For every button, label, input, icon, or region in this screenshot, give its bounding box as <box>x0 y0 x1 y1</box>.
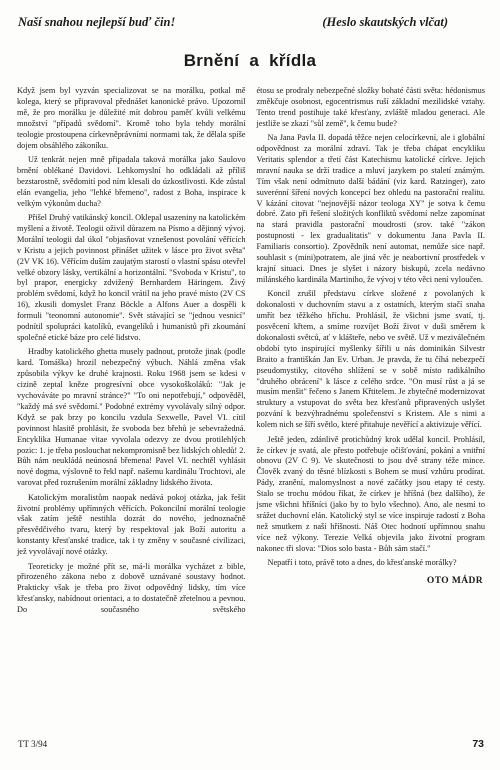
document-page: Naší snahou nejlepší buď čin! (Heslo ska… <box>0 0 500 770</box>
page-header: Naší snahou nejlepší buď čin! (Heslo ska… <box>0 0 500 30</box>
motto-source-text: (Heslo skautských vlčat) <box>322 15 448 30</box>
paragraph-9: Koncil zrušil představu církve složené z… <box>257 289 486 431</box>
motto-text: Naší snahou nejlepší buď čin! <box>18 15 175 30</box>
paragraph-2: Už tenkrát nejen mně připadala taková mo… <box>17 155 246 210</box>
paragraph-8: Na Jana Pavla II. dopadá těžce nejen cel… <box>257 133 486 286</box>
left-column: Když jsem byl vyzván specializovat se na… <box>17 86 246 616</box>
paragraph-5: Katolickým moralistům naopak nedává poko… <box>17 493 246 558</box>
article-title: Brnění a křídla <box>0 51 500 71</box>
right-column: étosu se prodraly nebezpečné složky boha… <box>257 86 486 616</box>
page-footer: TT 3/94 73 <box>18 738 484 750</box>
author-byline: OTO MÁDR <box>257 576 484 587</box>
paragraph-7: étosu se prodraly nebezpečné složky boha… <box>257 86 486 130</box>
page-number: 73 <box>472 738 484 750</box>
article-body: Když jsem byl vyzván specializovat se na… <box>0 86 500 616</box>
paragraph-3: Přišel Druhý vatikánský koncil. Oklepal … <box>17 213 246 344</box>
paragraph-4: Hradby katolického ghetta musely padnout… <box>17 347 246 489</box>
paragraph-6: Teoreticky je možné přít se, má-li morál… <box>17 562 246 617</box>
closing-question: Nepatří i toto, právě toto a dnes, do kř… <box>257 558 486 569</box>
journal-issue-label: TT 3/94 <box>18 739 47 749</box>
paragraph-10: Ještě jeden, zdánlivě protichůdný krok u… <box>257 435 486 555</box>
paragraph-1: Když jsem byl vyzván specializovat se na… <box>17 86 246 151</box>
